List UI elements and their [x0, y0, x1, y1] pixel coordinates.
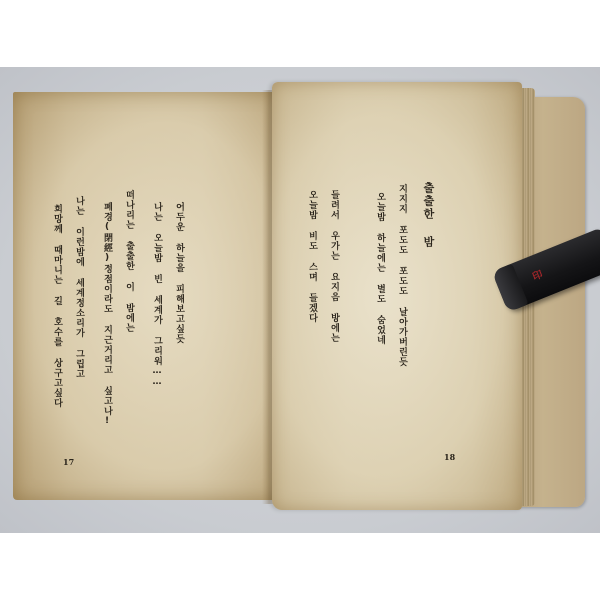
poem-line: 나는 오늘밤 빈 세계가 그리워……	[151, 202, 164, 388]
left-page: 어두운 하늘을 피해보고싶듯 나는 오늘밤 빈 세계가 그리워…… 떠나리는 출…	[13, 92, 283, 500]
seal-mark-icon: 印	[530, 265, 546, 283]
poem-line: 어두운 하늘을 피해보고싶듯	[173, 202, 186, 344]
poem-line: 지지지 포도도 포도도 날아가버린듯	[396, 184, 409, 367]
poem-line: 떠나리는 출출한 이 밤에는	[123, 190, 136, 333]
poem-line: 희망께 때마니는 길 호수를 상구고싶다	[51, 204, 64, 408]
poem-line: 들려서 우가는 요지음 방에는	[328, 190, 341, 343]
page-number: 17	[63, 457, 74, 467]
poem-line: 나는 이런밤에 세계정소리가 그립고	[73, 196, 86, 379]
poem-line: 폐경(閉經)정점이라도 지근거리고 싶고나!	[101, 202, 114, 427]
poem-line: 오늘밤 비도 스며 들겠다	[306, 190, 319, 323]
poem-title: 출출한 밤	[420, 182, 436, 249]
page-number: 18	[444, 452, 455, 462]
poem-line: 오늘밤 하늘에는 별도 숨었네	[374, 192, 387, 345]
right-page: 출출한 밤 지지지 포도도 포도도 날아가버린듯 오늘밤 하늘에는 별도 숨었네…	[272, 82, 522, 510]
